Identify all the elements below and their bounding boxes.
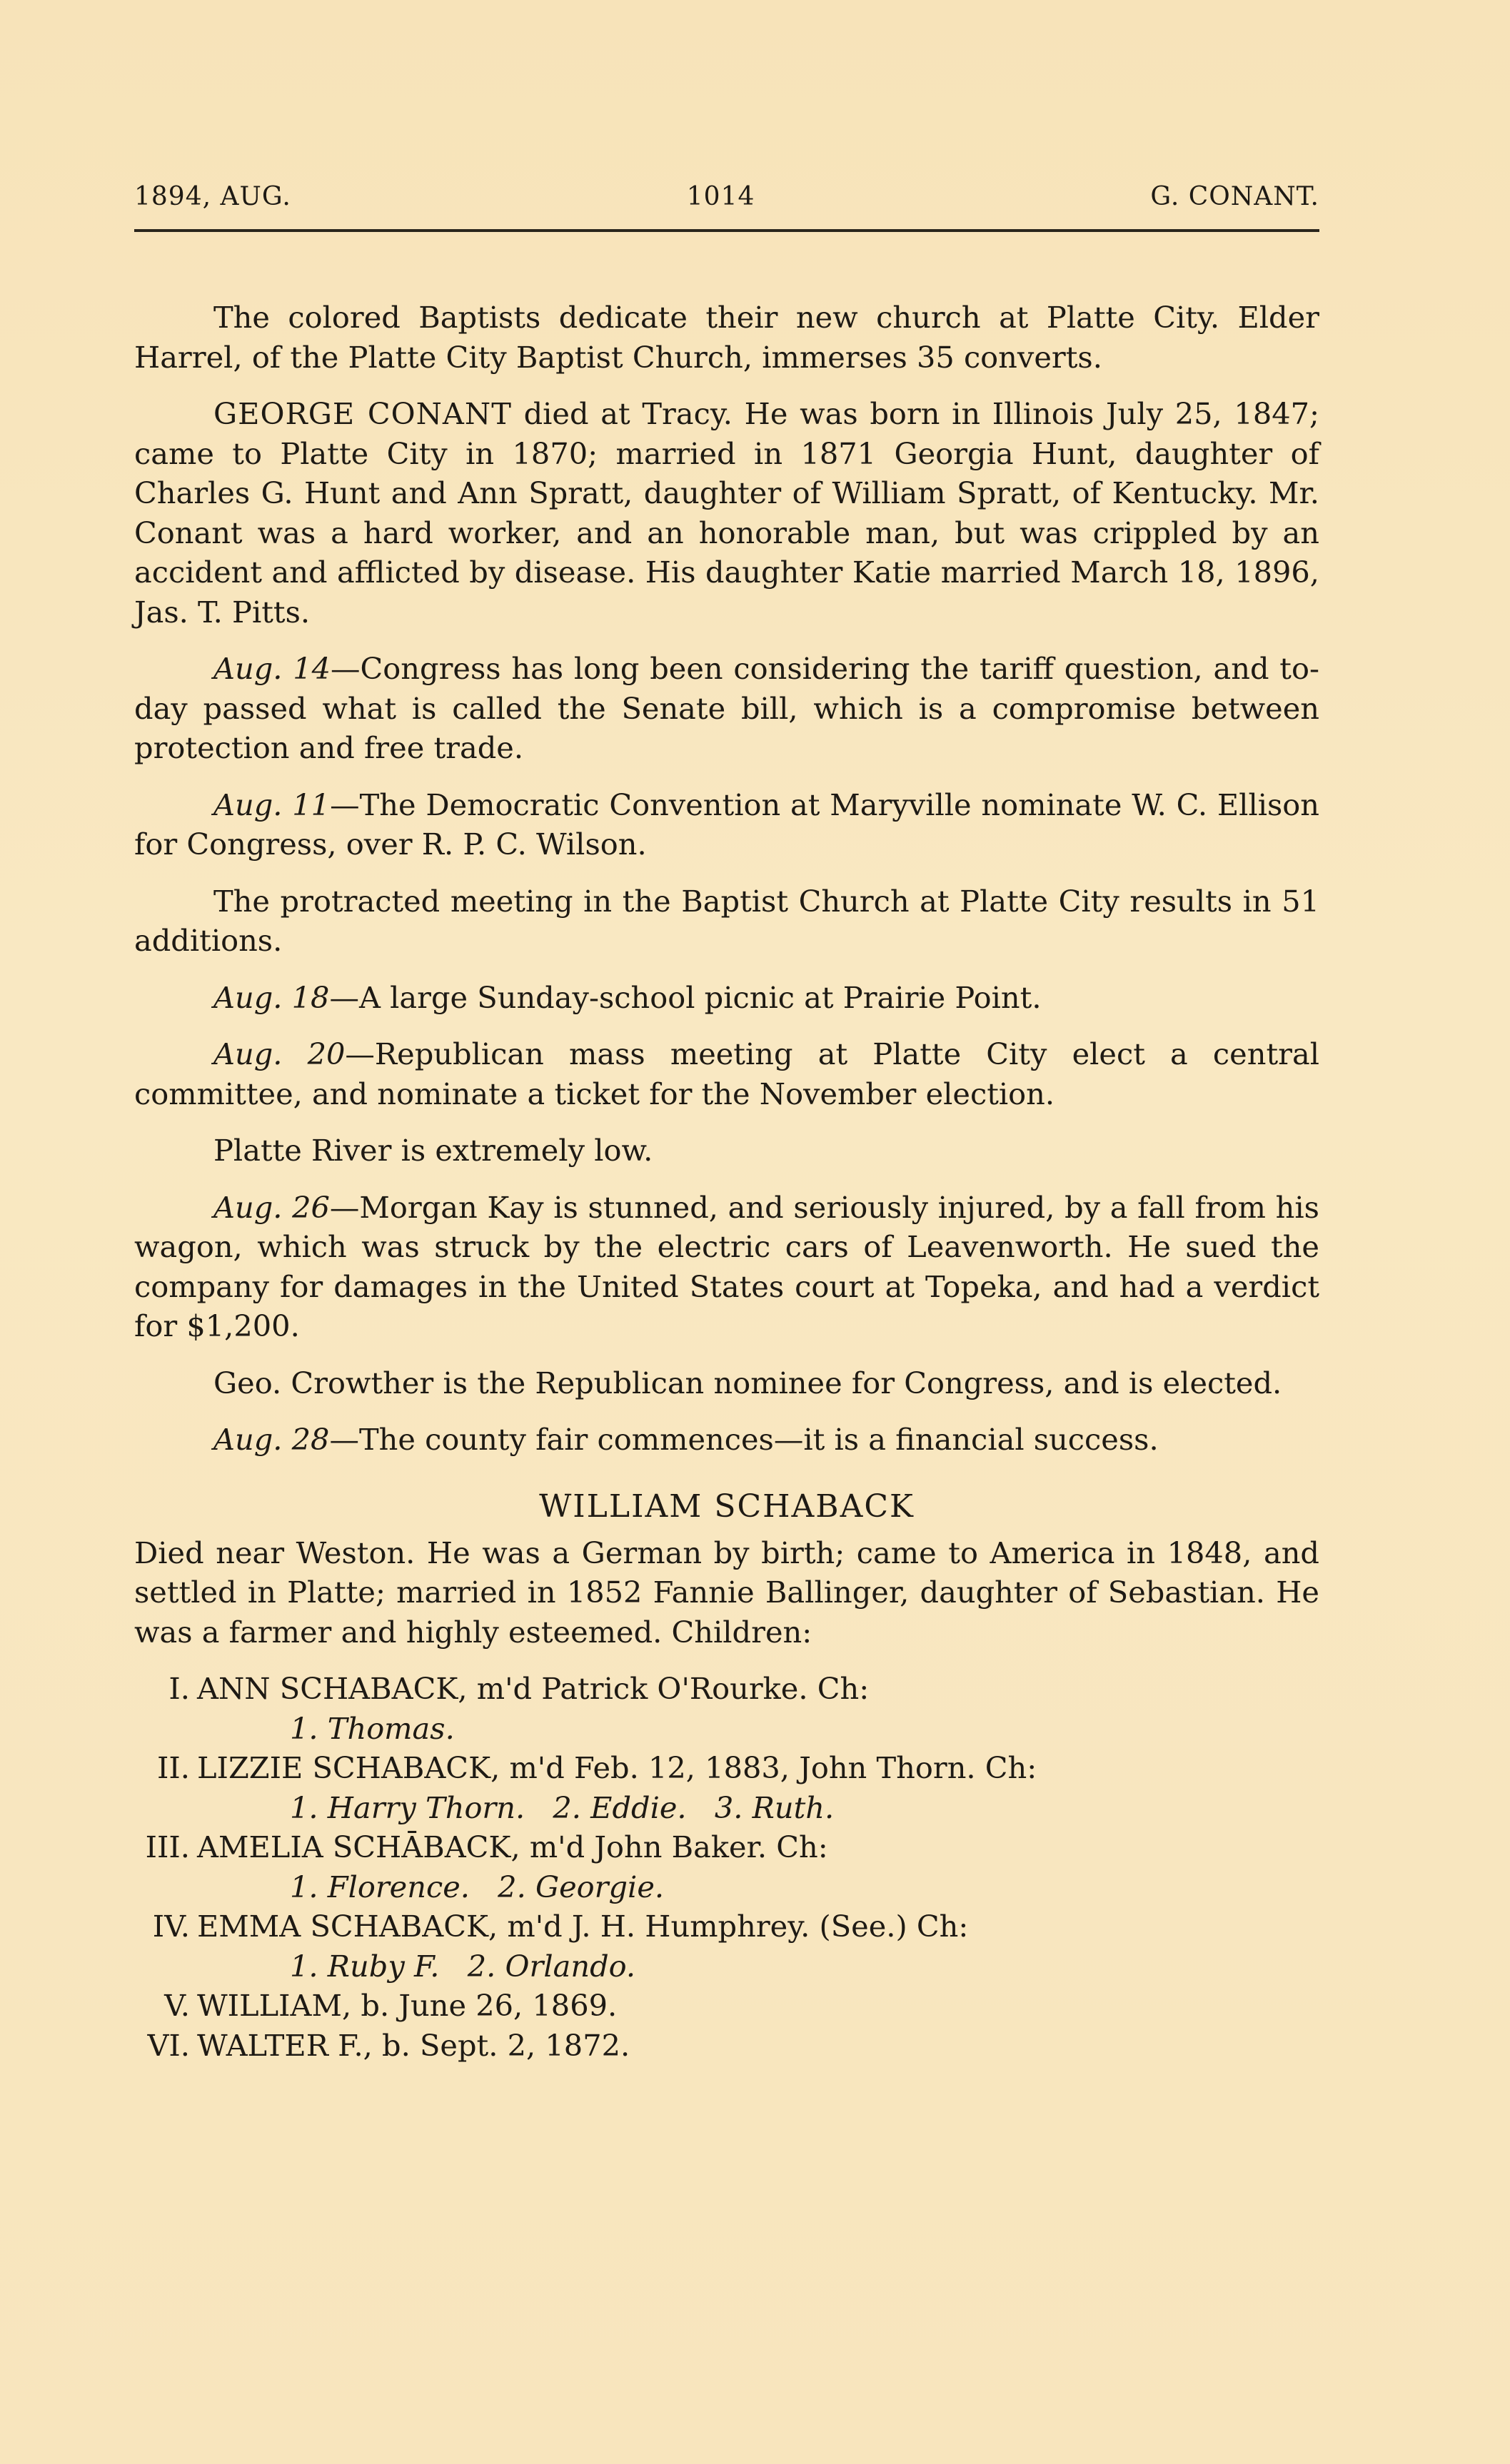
child-entry: V. WILLIAM, b. June 26, 1869. [134,1986,1319,2026]
page-number: 1014 [687,182,755,211]
entry-name: GEORGE CONANT [213,396,512,431]
entry-date: Aug. 26 [213,1190,330,1225]
roman-numeral: VI. [147,2026,190,2066]
paragraph-aug-28: Aug. 28—The county fair commences—it is … [134,1420,1319,1460]
grandchild: 3. Ruth. [715,1790,834,1825]
grandchild: 1. Ruby F. [290,1949,440,1984]
running-head-date: 1894, AUG. [134,182,291,211]
grandchild: 2. Eddie. [553,1790,686,1825]
paragraph-aug-18: Aug. 18—A large Sunday-school picnic at … [134,978,1319,1018]
roman-numeral: I. [168,1669,190,1709]
child-text: LIZZIE SCHABACK, m'd Feb. 12, 1883, John… [197,1750,1037,1785]
entry-date: Aug. 14 [213,651,331,686]
grandchild: 2. Orlando. [468,1949,635,1984]
grandchildren: 1. Ruby F. 2. Orlando. [134,1947,1319,1986]
paragraph-aug-20: Aug. 20—Republican mass meeting at Platt… [134,1034,1319,1114]
paragraph-platte-river: Platte River is extremely low. [134,1131,1319,1171]
grandchild: 2. Georgie. [498,1869,664,1904]
roman-numeral: IV. [153,1907,190,1947]
child-entry: I. ANN SCHABACK, m'd Patrick O'Rourke. C… [134,1669,1319,1748]
child-text: AMELIA SCHĀBACK, m'd John Baker. Ch: [197,1829,828,1864]
body-text: The colored Baptists dedicate their new … [134,298,1319,2065]
child-entry: III. AMELIA SCHĀBACK, m'd John Baker. Ch… [134,1827,1319,1907]
header-rule [134,229,1319,232]
child-entry: VI. WALTER F., b. Sept. 2, 1872. [134,2026,1319,2066]
paragraph-colored-baptists: The colored Baptists dedicate their new … [134,298,1319,377]
entry-date: Aug. 11 [213,787,330,822]
obituary-text: Died near Weston. He was a German by bir… [134,1533,1319,1652]
book-page: 1894, AUG. 1014 G. CONANT. The colored B… [134,182,1319,2065]
grandchildren: 1. Thomas. [134,1709,1319,1749]
child-text: WILLIAM, b. June 26, 1869. [197,1988,617,2023]
paragraph-george-conant: GEORGE CONANT died at Tracy. He was born… [134,394,1319,632]
paragraph-aug-26: Aug. 26—Morgan Kay is stunned, and serio… [134,1188,1319,1346]
children-list: I. ANN SCHABACK, m'd Patrick O'Rourke. C… [134,1669,1319,2065]
paragraph-protracted-meeting: The protracted meeting in the Baptist Ch… [134,882,1319,961]
roman-numeral: II. [157,1748,190,1788]
entry-date: Aug. 18 [213,980,329,1015]
grandchild: 1. Harry Thorn. [290,1790,525,1825]
paragraph-aug-11: Aug. 11—The Democratic Convention at Mar… [134,785,1319,864]
paragraph-crowther: Geo. Crowther is the Republican nominee … [134,1363,1319,1403]
running-head: 1894, AUG. 1014 G. CONANT. [134,182,1319,222]
child-text: ANN SCHABACK, m'd Patrick O'Rourke. Ch: [197,1671,869,1706]
roman-numeral: III. [146,1827,190,1867]
running-head-name: G. CONANT. [1150,182,1319,211]
grandchild: 1. Florence. [290,1869,470,1904]
grandchild: 1. Thomas. [290,1711,455,1746]
child-text: EMMA SCHABACK, m'd J. H. Humphrey. (See.… [197,1909,968,1944]
grandchildren: 1. Florence. 2. Georgie. [134,1867,1319,1907]
entry-date: Aug. 28 [213,1422,329,1457]
paragraph-aug-14: Aug. 14—Congress has long been consideri… [134,649,1319,768]
child-entry: II. LIZZIE SCHABACK, m'd Feb. 12, 1883, … [134,1748,1319,1827]
roman-numeral: V. [164,1986,190,2026]
grandchildren: 1. Harry Thorn. 2. Eddie. 3. Ruth. [134,1788,1319,1828]
entry-date: Aug. 20 [213,1036,345,1071]
child-entry: IV. EMMA SCHABACK, m'd J. H. Humphrey. (… [134,1907,1319,1986]
obituary-title: WILLIAM SCHABACK [134,1487,1319,1526]
child-text: WALTER F., b. Sept. 2, 1872. [197,2028,630,2063]
